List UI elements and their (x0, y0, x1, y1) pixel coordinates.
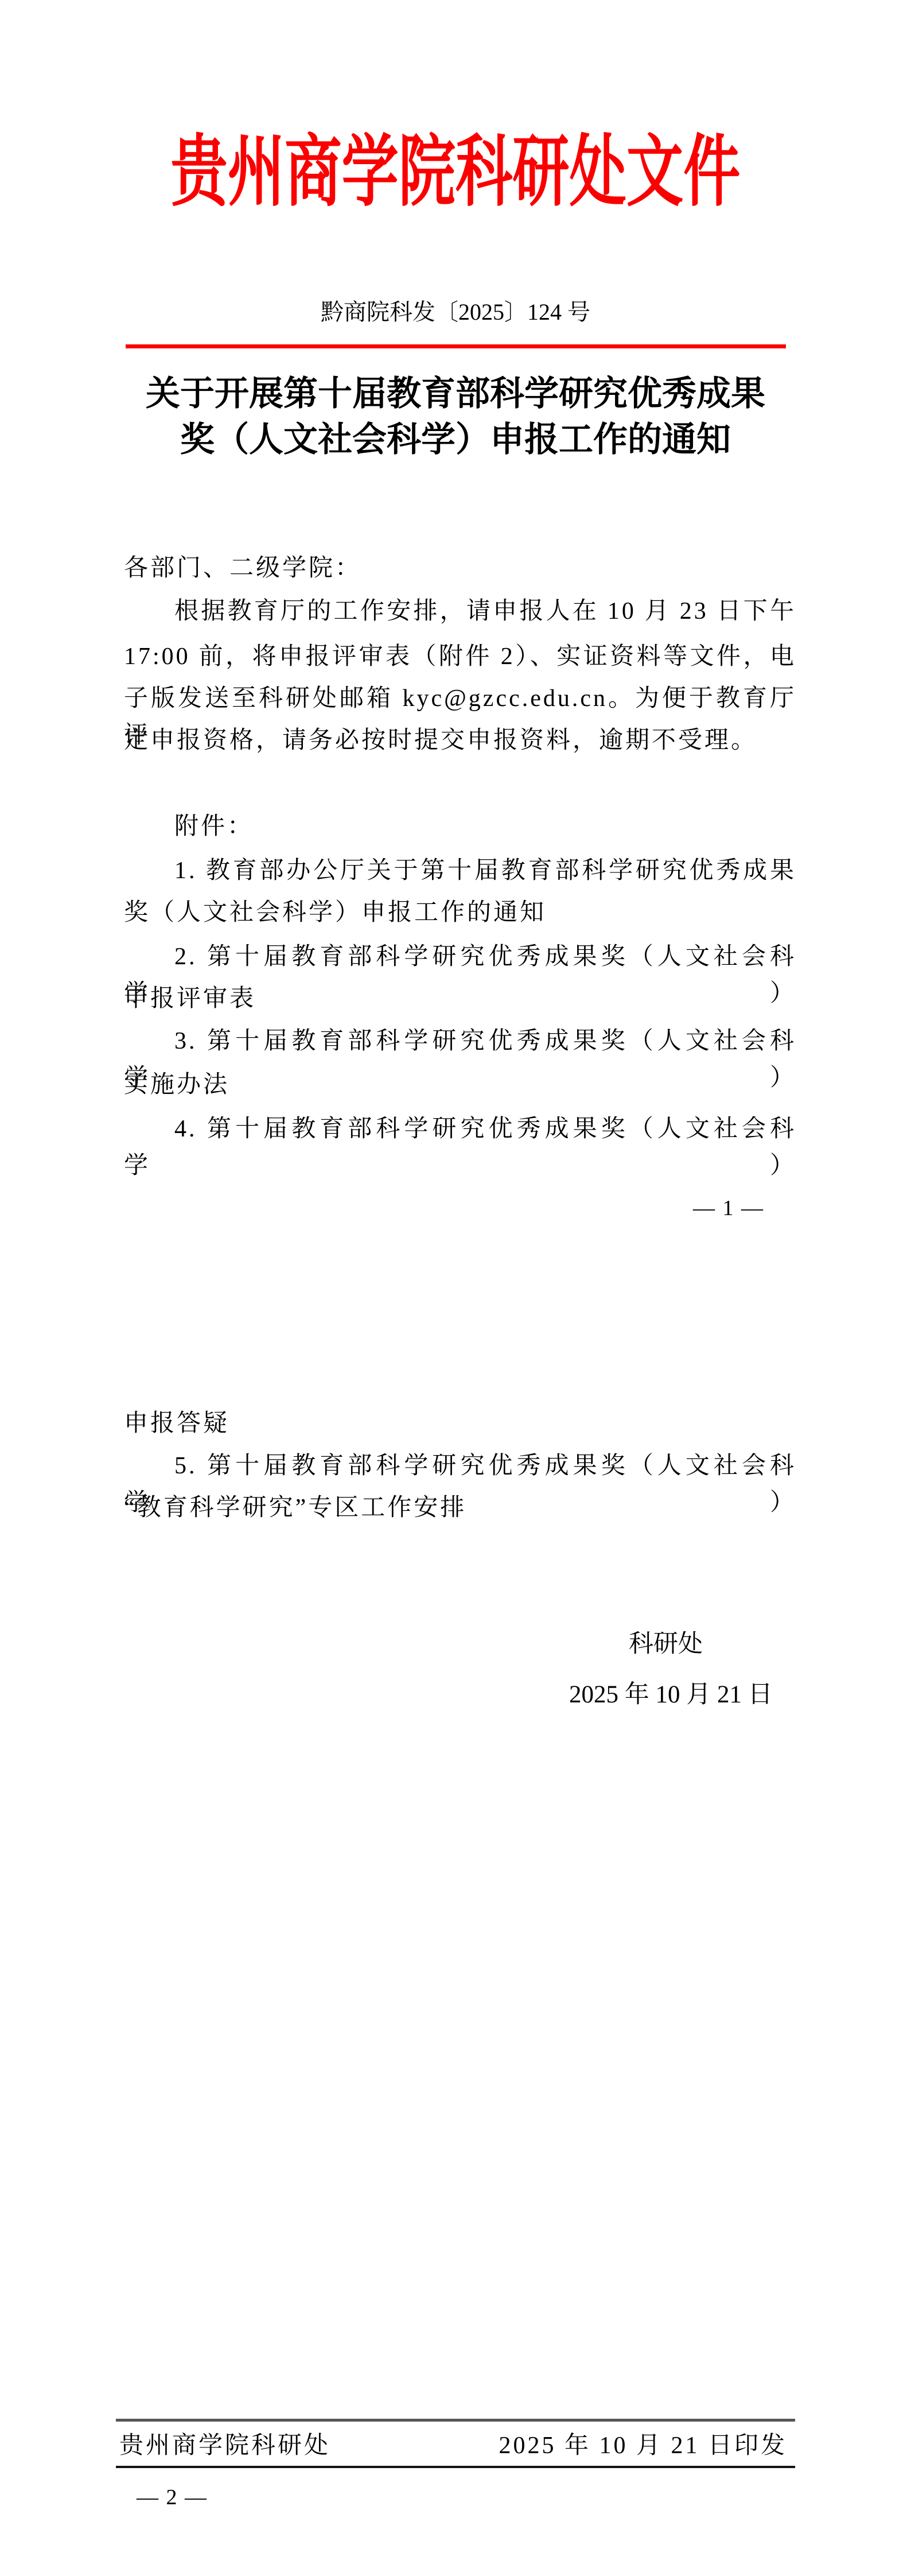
attachment-line-4: 4. 第十届教育部科学研究优秀成果奖（人文社会科学） (124, 1111, 796, 1184)
body-line-1: 根据教育厅的工作安排，请申报人在 10 月 23 日下午 (124, 593, 796, 630)
footer-print-date: 2025 年 10 月 21 日印发 (124, 2428, 787, 2463)
footer-rule-bottom (116, 2466, 795, 2468)
agency-banner: 贵州商学院科研处文件 (123, 127, 788, 218)
salutation: 各部门、二级学院： (124, 550, 796, 587)
document-title-line-2: 奖（人文社会科学）申报工作的通知 (0, 418, 911, 461)
document-title-line-1: 关于开展第十届教育部科学研究优秀成果 (0, 372, 911, 416)
attachment-line-3-continuation: 实施办法 (124, 1066, 796, 1103)
attachment-line-4-continuation: 申报答疑 (124, 1405, 796, 1442)
body-line-2: 17:00 前，将申报评审表（附件 2）、实证资料等文件，电 (124, 638, 796, 675)
document-number: 黔商院科发〔2025〕124 号 (0, 297, 911, 327)
attachment-line-2-continuation: 申报评审表 (124, 980, 796, 1017)
red-separator-rule (126, 344, 786, 348)
attachments-label: 附件： (124, 808, 796, 845)
signer-department: 科研处 (629, 1628, 703, 1661)
attachment-line-1-continuation: 奖（人文社会科学）申报工作的通知 (124, 894, 796, 931)
official-document: 贵州商学院科研处文件 黔商院科发〔2025〕124 号 关于开展第十届教育部科学… (0, 0, 911, 2576)
page-1-number: — 1 — (124, 1195, 764, 1221)
attachment-line-1: 1. 教育部办公厅关于第十届教育部科学研究优秀成果 (124, 852, 796, 889)
page-2-number: — 2 — (137, 2484, 208, 2511)
body-line-4: 定申报资格，请务必按时提交申报资料，逾期不受理。 (124, 722, 796, 759)
attachment-line-5-continuation: “教育科学研究”专区工作安排 (124, 1489, 796, 1526)
footer-rule-top (116, 2419, 795, 2422)
signature-date: 2025 年 10 月 21 日 (569, 1678, 773, 1712)
